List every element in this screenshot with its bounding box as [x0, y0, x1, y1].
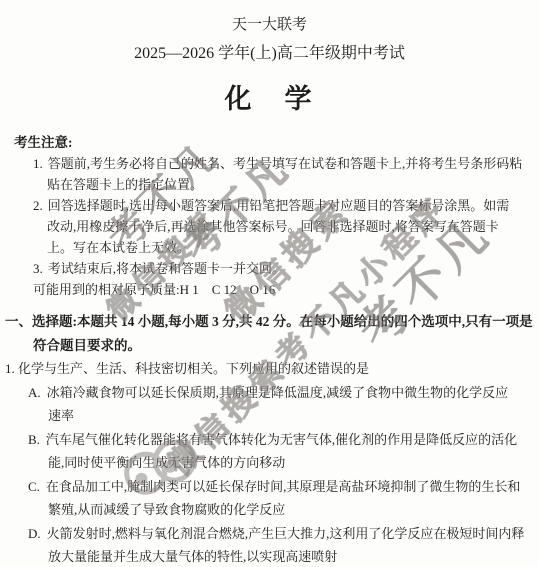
notice-item-2-number: 2. [33, 198, 43, 213]
option-a-line-1: A.冰箱冷藏食物可以延长保质期,其原理是降低温度,减缓了食物中微生物的化学反应 [0, 381, 539, 405]
option-c-line-2: 繁殖,从而减缓了导致食物腐败的化学反应 [0, 498, 539, 522]
question-section: 一、选择题:本题共 14 小题,每小题 3 分,共 42 分。在每小题给出的四个… [0, 310, 539, 567]
exam-text-layer: 天一大联考 2025—2026 学年(上)高二年级期中考试 化 学 考生注意: … [0, 0, 539, 567]
candidate-notice: 考生注意: 1.答题前,考生务必将自己的姓名、考生号填写在试卷和答题卡上,并将考… [0, 132, 539, 300]
option-d-line-1: D.火箭发射时,燃料与氧化剂混合燃烧,产生巨大推力,这利用了化学反应在极短时间内… [0, 522, 539, 546]
option-b-line-1: B.汽车尾气催化转化器能将有害气体转化为无害气体,催化剂的作用是降低反应的活化 [0, 428, 539, 452]
option-d-label: D. [28, 526, 41, 541]
subject-title: 化 学 [0, 77, 539, 116]
notice-item-1-text: 答题前,考生务必将自己的姓名、考生号填写在试卷和答题卡上,并将考生号条形码粘 [48, 156, 523, 171]
question-1-stem: 1. 化学与生产、生活、科技密切相关。下列应用的叙述错误的是 [0, 357, 539, 381]
notice-item-1-line-1: 1.答题前,考生务必将自己的姓名、考生号填写在试卷和答题卡上,并将考生号条形码粘 [0, 153, 539, 174]
option-d-text: 火箭发射时,燃料与氧化剂混合燃烧,产生巨大推力,这利用了化学反应在极短时间内释 [47, 526, 525, 541]
exam-session-line: 2025—2026 学年(上)高二年级期中考试 [0, 40, 539, 63]
notice-item-3-number: 3. [33, 261, 43, 276]
notice-item-2-line-1: 2.回答选择题时,选出每小题答案后,用铅笔把答题卡对应题目的答案标号涂黑。如需 [0, 195, 539, 216]
notice-item-3-line-1: 3.考试结束后,将本试卷和答题卡一并交回。 [0, 258, 539, 279]
option-a-label: A. [28, 385, 41, 400]
option-a-line-2: 速率 [0, 404, 539, 428]
notice-item-2-line-2: 改动,用橡皮擦干净后,再选涂其他答案标号。回答非选择题时,将答案写在答题卡 [0, 216, 539, 237]
exam-paper-page: 天一大联考 2025—2026 学年(上)高二年级期中考试 化 学 考生注意: … [0, 0, 539, 567]
section-header-line-2: 符合题目要求的。 [0, 334, 539, 358]
option-b-label: B. [28, 432, 40, 447]
option-b-text: 汽车尾气催化转化器能将有害气体转化为无害气体,催化剂的作用是降低反应的活化 [46, 432, 517, 447]
option-b-line-2: 能,同时使平衡向生成无害气体的方向移动 [0, 451, 539, 475]
exam-organizer: 天一大联考 [0, 0, 539, 34]
notice-item-3-text: 考试结束后,将本试卷和答题卡一并交回。 [48, 261, 285, 276]
notice-item-1-number: 1. [33, 156, 43, 171]
option-c-line-1: C.在食品加工中,腌制肉类可以延长保存时间,其原理是高盐环境抑制了微生物的生长和 [0, 475, 539, 499]
option-d-line-2: 放大量能量并生成大量气体的特性,以实现高速喷射 [0, 545, 539, 567]
notice-item-2-text: 回答选择题时,选出每小题答案后,用铅笔把答题卡对应题目的答案标号涂黑。如需 [48, 198, 510, 213]
notice-item-1-line-2: 贴在答题卡上的指定位置。 [0, 174, 539, 195]
option-a-text: 冰箱冷藏食物可以延长保质期,其原理是降低温度,减缓了食物中微生物的化学反应 [47, 385, 509, 400]
atomic-mass-line: 可能用到的相对原子质量:H 1 C 12 O 16 [0, 279, 539, 300]
option-c-label: C. [28, 479, 40, 494]
option-c-text: 在食品加工中,腌制肉类可以延长保存时间,其原理是高盐环境抑制了微生物的生长和 [46, 479, 521, 494]
section-header-line-1: 一、选择题:本题共 14 小题,每小题 3 分,共 42 分。在每小题给出的四个… [0, 310, 539, 334]
notice-heading: 考生注意: [0, 132, 539, 153]
notice-item-2-line-3: 上。写在本试卷上无效。 [0, 237, 539, 258]
